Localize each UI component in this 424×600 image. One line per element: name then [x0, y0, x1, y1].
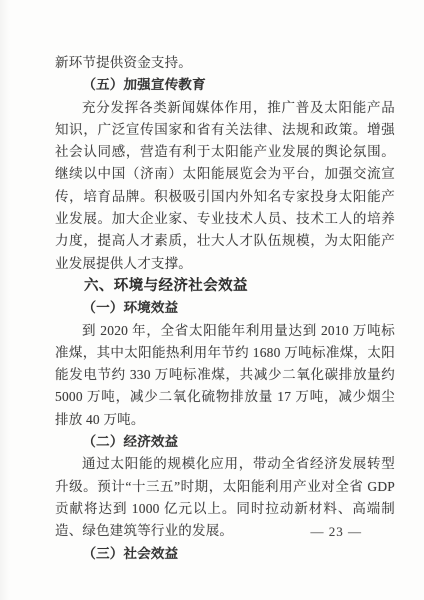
section-heading-six-benefits: 六、环境与经济社会效益 [55, 275, 395, 297]
paragraph-environmental-benefits: 到 2020 年，全省太阳能年利用量达到 2010 万吨标准煤，其中太阳能热利用… [55, 320, 395, 431]
document-page: 新环节提供资金支持。 （五）加强宣传教育 充分发挥各类新闻媒体作用，推广普及太阳… [0, 0, 424, 600]
page-content: 新环节提供资金支持。 （五）加强宣传教育 充分发挥各类新闻媒体作用，推广普及太阳… [55, 52, 395, 565]
paragraph-publicity-education: 充分发挥各类新闻媒体作用，推广普及太阳能产品知识，广泛宣传国家和省有关法律、法规… [55, 97, 395, 275]
subheading-one-environmental-benefits: （一）环境效益 [55, 297, 396, 319]
scan-edge-shadow [0, 0, 10, 600]
subheading-three-social-benefits: （三）社会效益 [55, 543, 396, 565]
subheading-five-publicity-education: （五）加强宣传教育 [55, 74, 396, 96]
subheading-two-economic-benefits: （二）经济效益 [55, 431, 396, 453]
paragraph-continuation: 新环节提供资金支持。 [55, 52, 395, 74]
page-number: — 23 — [311, 524, 363, 540]
